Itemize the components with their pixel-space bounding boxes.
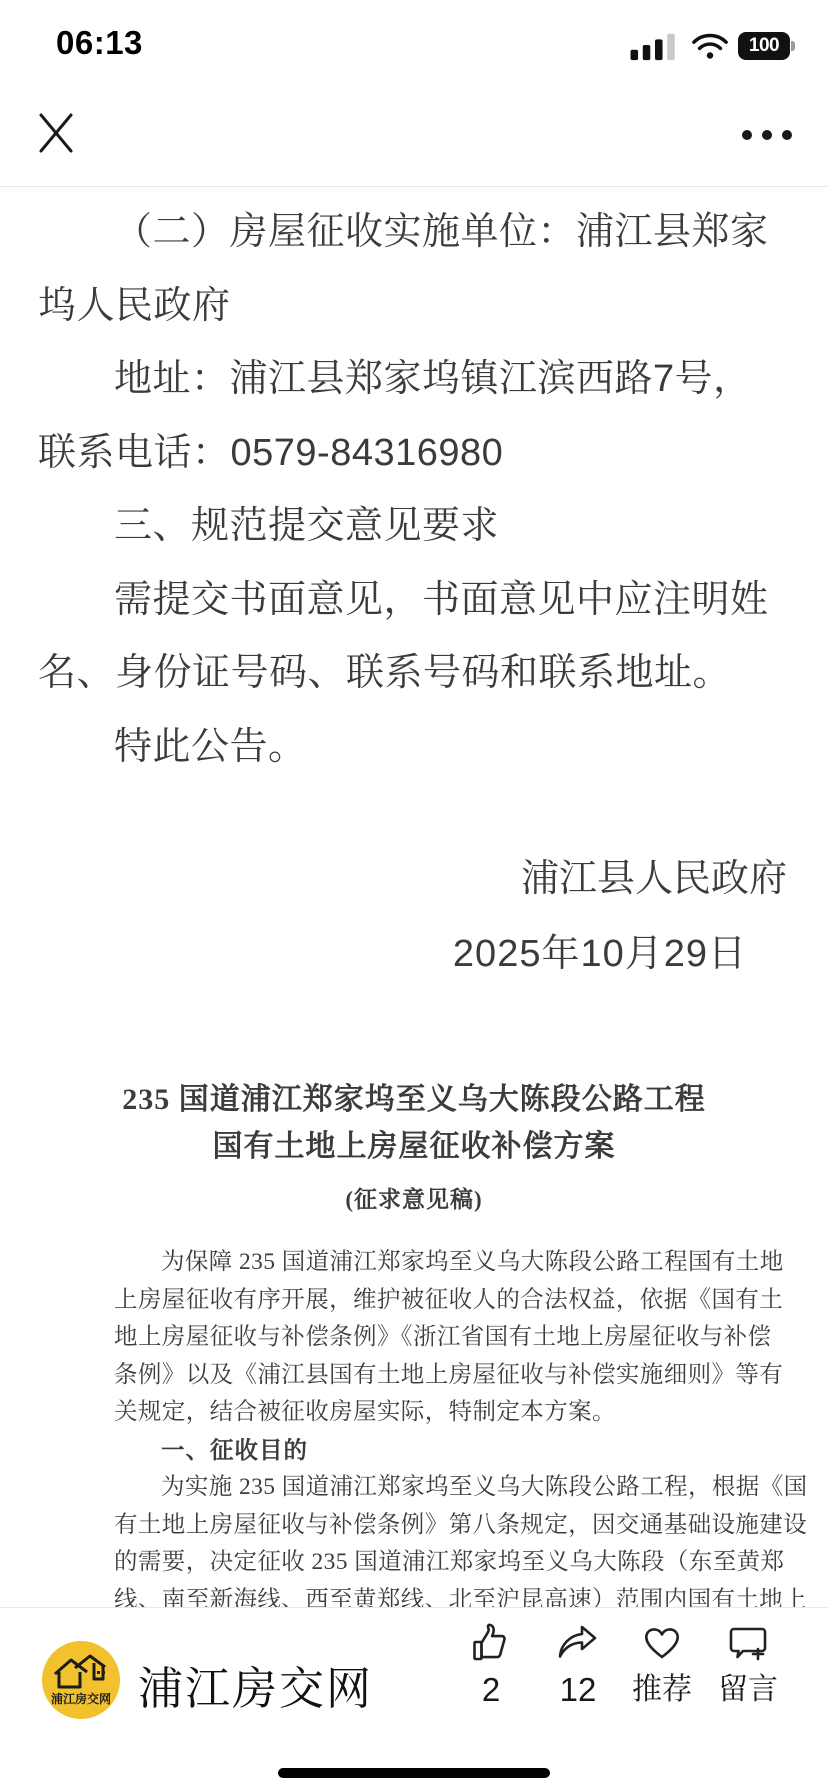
document-body: 为保障 235 国道浦江郑家坞至义乌大陈段公路工程国有土地上房屋征收有序开展，维… <box>0 1244 828 1619</box>
comment-plus-icon <box>711 1618 785 1666</box>
close-button[interactable] <box>36 110 76 156</box>
battery-level: 100 <box>749 35 779 57</box>
text-line: 坞人民政府 <box>38 270 800 344</box>
text-line: 名、身份证号码、联系号码和联系地址。 <box>38 637 800 711</box>
publisher-name[interactable]: 浦江房交网 <box>138 1652 373 1717</box>
recommend-button[interactable]: 推荐 <box>625 1618 699 1707</box>
share-arrow-icon <box>541 1618 615 1666</box>
issuer-name: 浦江县人民政府 <box>38 842 828 917</box>
issue-date: 2025年10月29日 <box>38 917 828 992</box>
text-line: 联系电话：0579-84316980 <box>38 417 800 491</box>
share-count: 12 <box>541 1673 615 1707</box>
phone-screen: 06:13 100 <box>0 0 828 1792</box>
recommend-label: 推荐 <box>625 1673 699 1707</box>
battery-nub <box>791 41 795 51</box>
text-line: 上房屋征收有序开展，维护被征收人的合法权益，依据《国有土 <box>114 1282 748 1320</box>
thumbs-up-icon <box>454 1618 528 1666</box>
text-line: 为保障 235 国道浦江郑家坞至义乌大陈段公路工程国有土地 <box>114 1244 748 1282</box>
more-menu-button[interactable] <box>742 130 792 140</box>
cellular-signal-icon <box>628 30 682 62</box>
text-line: 的需要，决定征收 235 国道浦江郑家坞至义乌大陈段（东至黄郑 <box>114 1544 748 1582</box>
close-icon <box>36 110 76 156</box>
document-image[interactable]: 235 国道浦江郑家坞至义乌大陈段公路工程 国有土地上房屋征收补偿方案 (征求意… <box>0 1076 828 1619</box>
publisher-logo[interactable]: 浦江房交网 <box>42 1641 120 1719</box>
status-time: 06:13 <box>56 24 143 62</box>
like-count: 2 <box>454 1673 528 1707</box>
house-logo-icon: 浦江房交网 <box>42 1641 120 1719</box>
text-line: 地上房屋征收与补偿条例》《浙江省国有土地上房屋征收与补偿 <box>114 1319 748 1357</box>
header-divider <box>0 186 828 187</box>
text-line: （二）房屋征收实施单位：浦江县郑家 <box>38 196 800 270</box>
announcement-text: （二）房屋征收实施单位：浦江县郑家坞人民政府地址：浦江县郑家坞镇江滨西路7号，联… <box>38 196 800 784</box>
wifi-icon <box>691 31 729 61</box>
text-line: 三、规范提交意见要求 <box>38 490 800 564</box>
ellipsis-dot <box>782 130 792 140</box>
text-line: 一、征收目的 <box>114 1432 748 1470</box>
logo-text: 浦江房交网 <box>51 1691 111 1706</box>
text-line: 条例》以及《浦江县国有土地上房屋征收与补偿实施细则》等有 <box>114 1357 748 1395</box>
document-title-line2: 国有土地上房屋征收补偿方案 <box>0 1123 828 1170</box>
ellipsis-dot <box>762 130 772 140</box>
text-line: 为实施 235 国道浦江郑家坞至义乌大陈段公路工程，根据《国 <box>114 1469 748 1507</box>
text-line: 有土地上房屋征收与补偿条例》第八条规定，因交通基础设施建设 <box>114 1507 748 1545</box>
ellipsis-dot <box>742 130 752 140</box>
text-line: 特此公告。 <box>38 711 800 785</box>
signature-block: 浦江县人民政府 2025年10月29日 <box>38 842 828 992</box>
document-subtitle: (征求意见稿) <box>0 1180 828 1220</box>
comment-label: 留言 <box>711 1673 785 1707</box>
home-indicator[interactable] <box>278 1768 550 1778</box>
like-button[interactable]: 2 <box>454 1618 528 1707</box>
heart-icon <box>625 1618 699 1666</box>
document-title-line1: 235 国道浦江郑家坞至义乌大陈段公路工程 <box>0 1076 828 1123</box>
comment-button[interactable]: 留言 <box>711 1618 785 1707</box>
battery-icon: 100 <box>738 32 790 60</box>
text-line: 需提交书面意见，书面意见中应注明姓 <box>38 564 800 638</box>
text-line: 关规定，结合被征收房屋实际，特制定本方案。 <box>114 1394 748 1432</box>
footer-bar: 浦江房交网 浦江房交网 2 12 <box>0 1607 828 1792</box>
status-icons: 100 <box>628 30 790 62</box>
share-button[interactable]: 12 <box>541 1618 615 1707</box>
text-line: 地址：浦江县郑家坞镇江滨西路7号， <box>38 343 800 417</box>
